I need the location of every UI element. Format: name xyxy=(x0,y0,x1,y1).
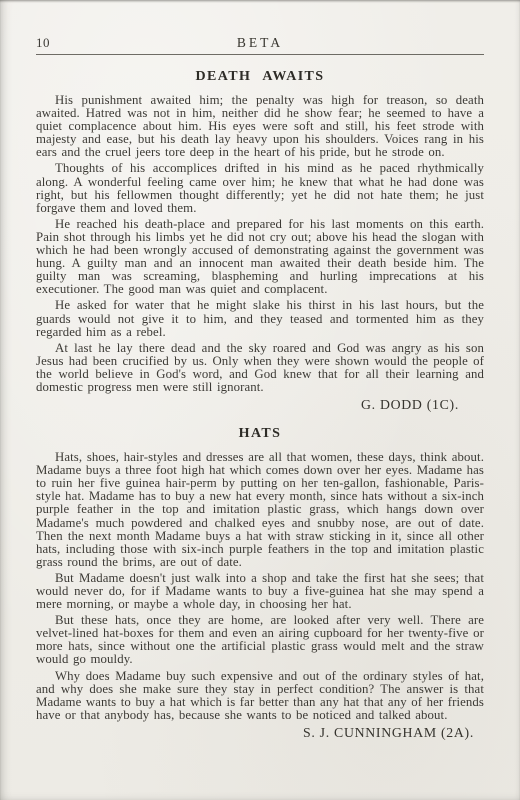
article-byline: S. J. CUNNINGHAM (2A). xyxy=(36,725,484,740)
masthead-title: BETA xyxy=(36,34,484,51)
article-death-awaits: DEATH AWAITS His punishment awaited him;… xyxy=(36,69,484,412)
page-header: 10 BETA xyxy=(36,34,484,51)
article-title: DEATH AWAITS xyxy=(36,69,484,84)
article-paragraph: Hats, shoes, hair-styles and dresses are… xyxy=(36,451,484,569)
article-byline: G. DODD (1C). xyxy=(36,397,484,412)
article-paragraph: Thoughts of his accomplices drifted in h… xyxy=(36,162,484,214)
article-paragraph: But Madame doesn't just walk into a shop… xyxy=(36,572,484,611)
article-paragraph: He reached his death-place and prepared … xyxy=(36,218,484,297)
page-number: 10 xyxy=(36,34,50,51)
article-paragraph: But these hats, once they are home, are … xyxy=(36,614,484,666)
article-title: HATS xyxy=(36,426,484,441)
article-paragraph: His punishment awaited him; the penalty … xyxy=(36,94,484,159)
article-paragraph: Why does Madame buy such expensive and o… xyxy=(36,670,484,722)
header-rule xyxy=(36,54,484,55)
article-paragraph: He asked for water that he might slake h… xyxy=(36,299,484,338)
article-hats: HATS Hats, shoes, hair-styles and dresse… xyxy=(36,426,484,740)
magazine-page: 10 BETA DEATH AWAITS His punishment awai… xyxy=(0,0,520,800)
article-paragraph: At last he lay there dead and the sky ro… xyxy=(36,342,484,394)
